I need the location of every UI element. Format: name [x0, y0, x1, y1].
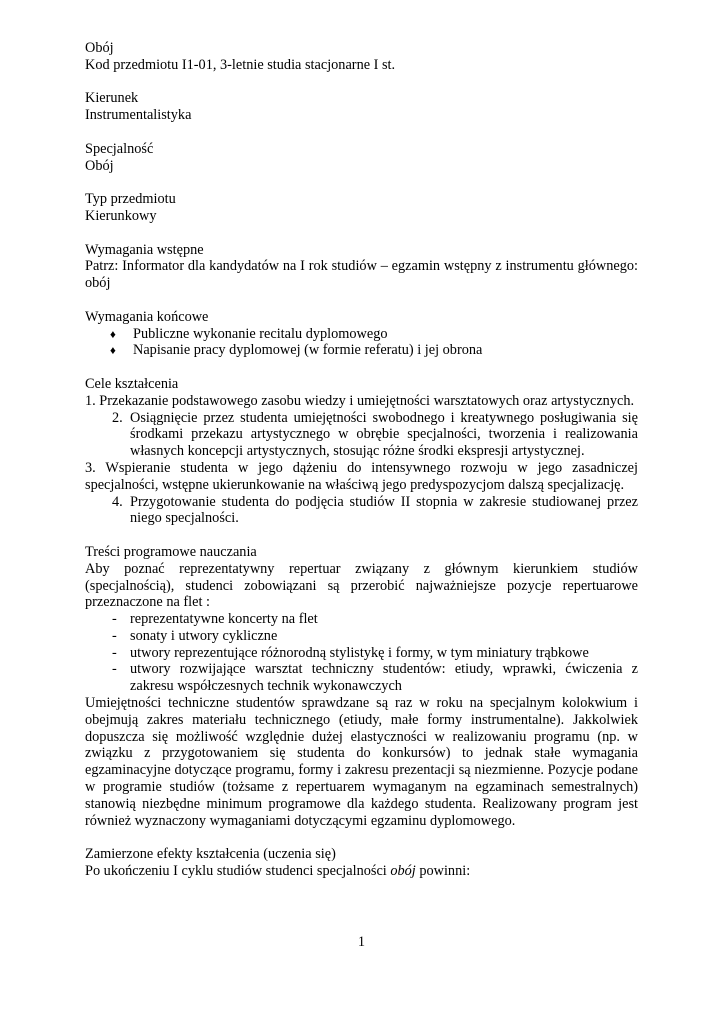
- list-item-text: Osiągnięcie przez studenta umiejętności …: [130, 410, 638, 460]
- para-efekty-intro: Po ukończeniu I cyklu studiów studenci s…: [85, 863, 638, 880]
- dash-marker: -: [112, 645, 117, 662]
- blank-line: [85, 74, 638, 91]
- text-segment: Po ukończeniu I cyklu studiów studenci s…: [85, 863, 390, 879]
- value-typ-przedmiotu: Kierunkowy: [85, 208, 638, 225]
- diamond-bullet-icon: ♦: [110, 343, 116, 360]
- list-item-text: Publiczne wykonanie recitalu dyplomowego: [133, 326, 388, 342]
- diamond-bullet-icon: ♦: [110, 327, 116, 344]
- label-typ-przedmiotu: Typ przedmiotu: [85, 191, 638, 208]
- para-umiejetnosci: Umiejętności techniczne studentów sprawd…: [85, 695, 638, 829]
- document-page: Obój Kod przedmiotu I1-01, 3-letnie stud…: [0, 0, 724, 1024]
- blank-line: [85, 124, 638, 141]
- label-kierunek: Kierunek: [85, 90, 638, 107]
- heading-wymagania-wstepne: Wymagania wstępne: [85, 242, 638, 259]
- heading-wymagania-koncowe: Wymagania końcowe: [85, 309, 638, 326]
- page-number: 1: [85, 934, 638, 951]
- blank-line: [85, 174, 638, 191]
- heading-cele-ksztalcenia: Cele kształcenia: [85, 376, 638, 393]
- text-segment: powinni:: [416, 863, 470, 879]
- goal-para-3: 3. Wspieranie studenta w jego dążeniu do…: [85, 460, 638, 494]
- list-item-text: Przygotowanie studenta do podjęcia studi…: [130, 494, 638, 527]
- list-item-text: sonaty i utwory cykliczne: [130, 628, 277, 644]
- dash-marker: -: [112, 611, 117, 628]
- repertoire-item-4: -utwory rozwijające warsztat techniczny …: [85, 661, 638, 695]
- blank-line: [85, 527, 638, 544]
- goal-para-1: 1. Przekazanie podstawowego zasobu wiedz…: [85, 393, 638, 410]
- value-specjalnosc: Obój: [85, 158, 638, 175]
- final-requirement-item-1: ♦Publiczne wykonanie recitalu dyplomoweg…: [85, 326, 638, 343]
- dash-marker: -: [112, 661, 117, 678]
- goal-item-4: 4.Przygotowanie studenta do podjęcia stu…: [85, 494, 638, 528]
- blank-line: [85, 359, 638, 376]
- italic-text: obój: [390, 863, 415, 879]
- list-number: 4.: [112, 494, 123, 511]
- heading-tresci-programowe: Treści programowe nauczania: [85, 544, 638, 561]
- course-title: Obój: [85, 40, 638, 57]
- heading-zamierzone-efekty: Zamierzone efekty kształcenia (uczenia s…: [85, 846, 638, 863]
- repertoire-item-2: -sonaty i utwory cykliczne: [85, 628, 638, 645]
- para-tresci-intro: Aby poznać reprezentatywny repertuar zwi…: [85, 561, 638, 611]
- course-code-line: Kod przedmiotu I1-01, 3-letnie studia st…: [85, 57, 638, 74]
- para-wymagania-wstepne: Patrz: Informator dla kandydatów na I ro…: [85, 258, 638, 292]
- repertoire-item-3: -utwory reprezentujące różnorodną stylis…: [85, 645, 638, 662]
- blank-line: [85, 829, 638, 846]
- repertoire-item-1: -reprezentatywne koncerty na flet: [85, 611, 638, 628]
- blank-line: [85, 225, 638, 242]
- final-requirement-item-2: ♦Napisanie pracy dyplomowej (w formie re…: [85, 342, 638, 359]
- list-item-text: reprezentatywne koncerty na flet: [130, 611, 318, 627]
- list-number: 2.: [112, 410, 123, 427]
- list-item-text: utwory reprezentujące różnorodną stylist…: [130, 645, 589, 661]
- dash-marker: -: [112, 628, 117, 645]
- document-content: Obój Kod przedmiotu I1-01, 3-letnie stud…: [85, 40, 638, 880]
- blank-line: [85, 292, 638, 309]
- list-item-text: Napisanie pracy dyplomowej (w formie ref…: [133, 342, 482, 358]
- label-specjalnosc: Specjalność: [85, 141, 638, 158]
- list-item-text: utwory rozwijające warsztat techniczny s…: [130, 661, 638, 694]
- goal-item-2: 2.Osiągnięcie przez studenta umiejętnośc…: [85, 410, 638, 460]
- value-kierunek: Instrumentalistyka: [85, 107, 638, 124]
